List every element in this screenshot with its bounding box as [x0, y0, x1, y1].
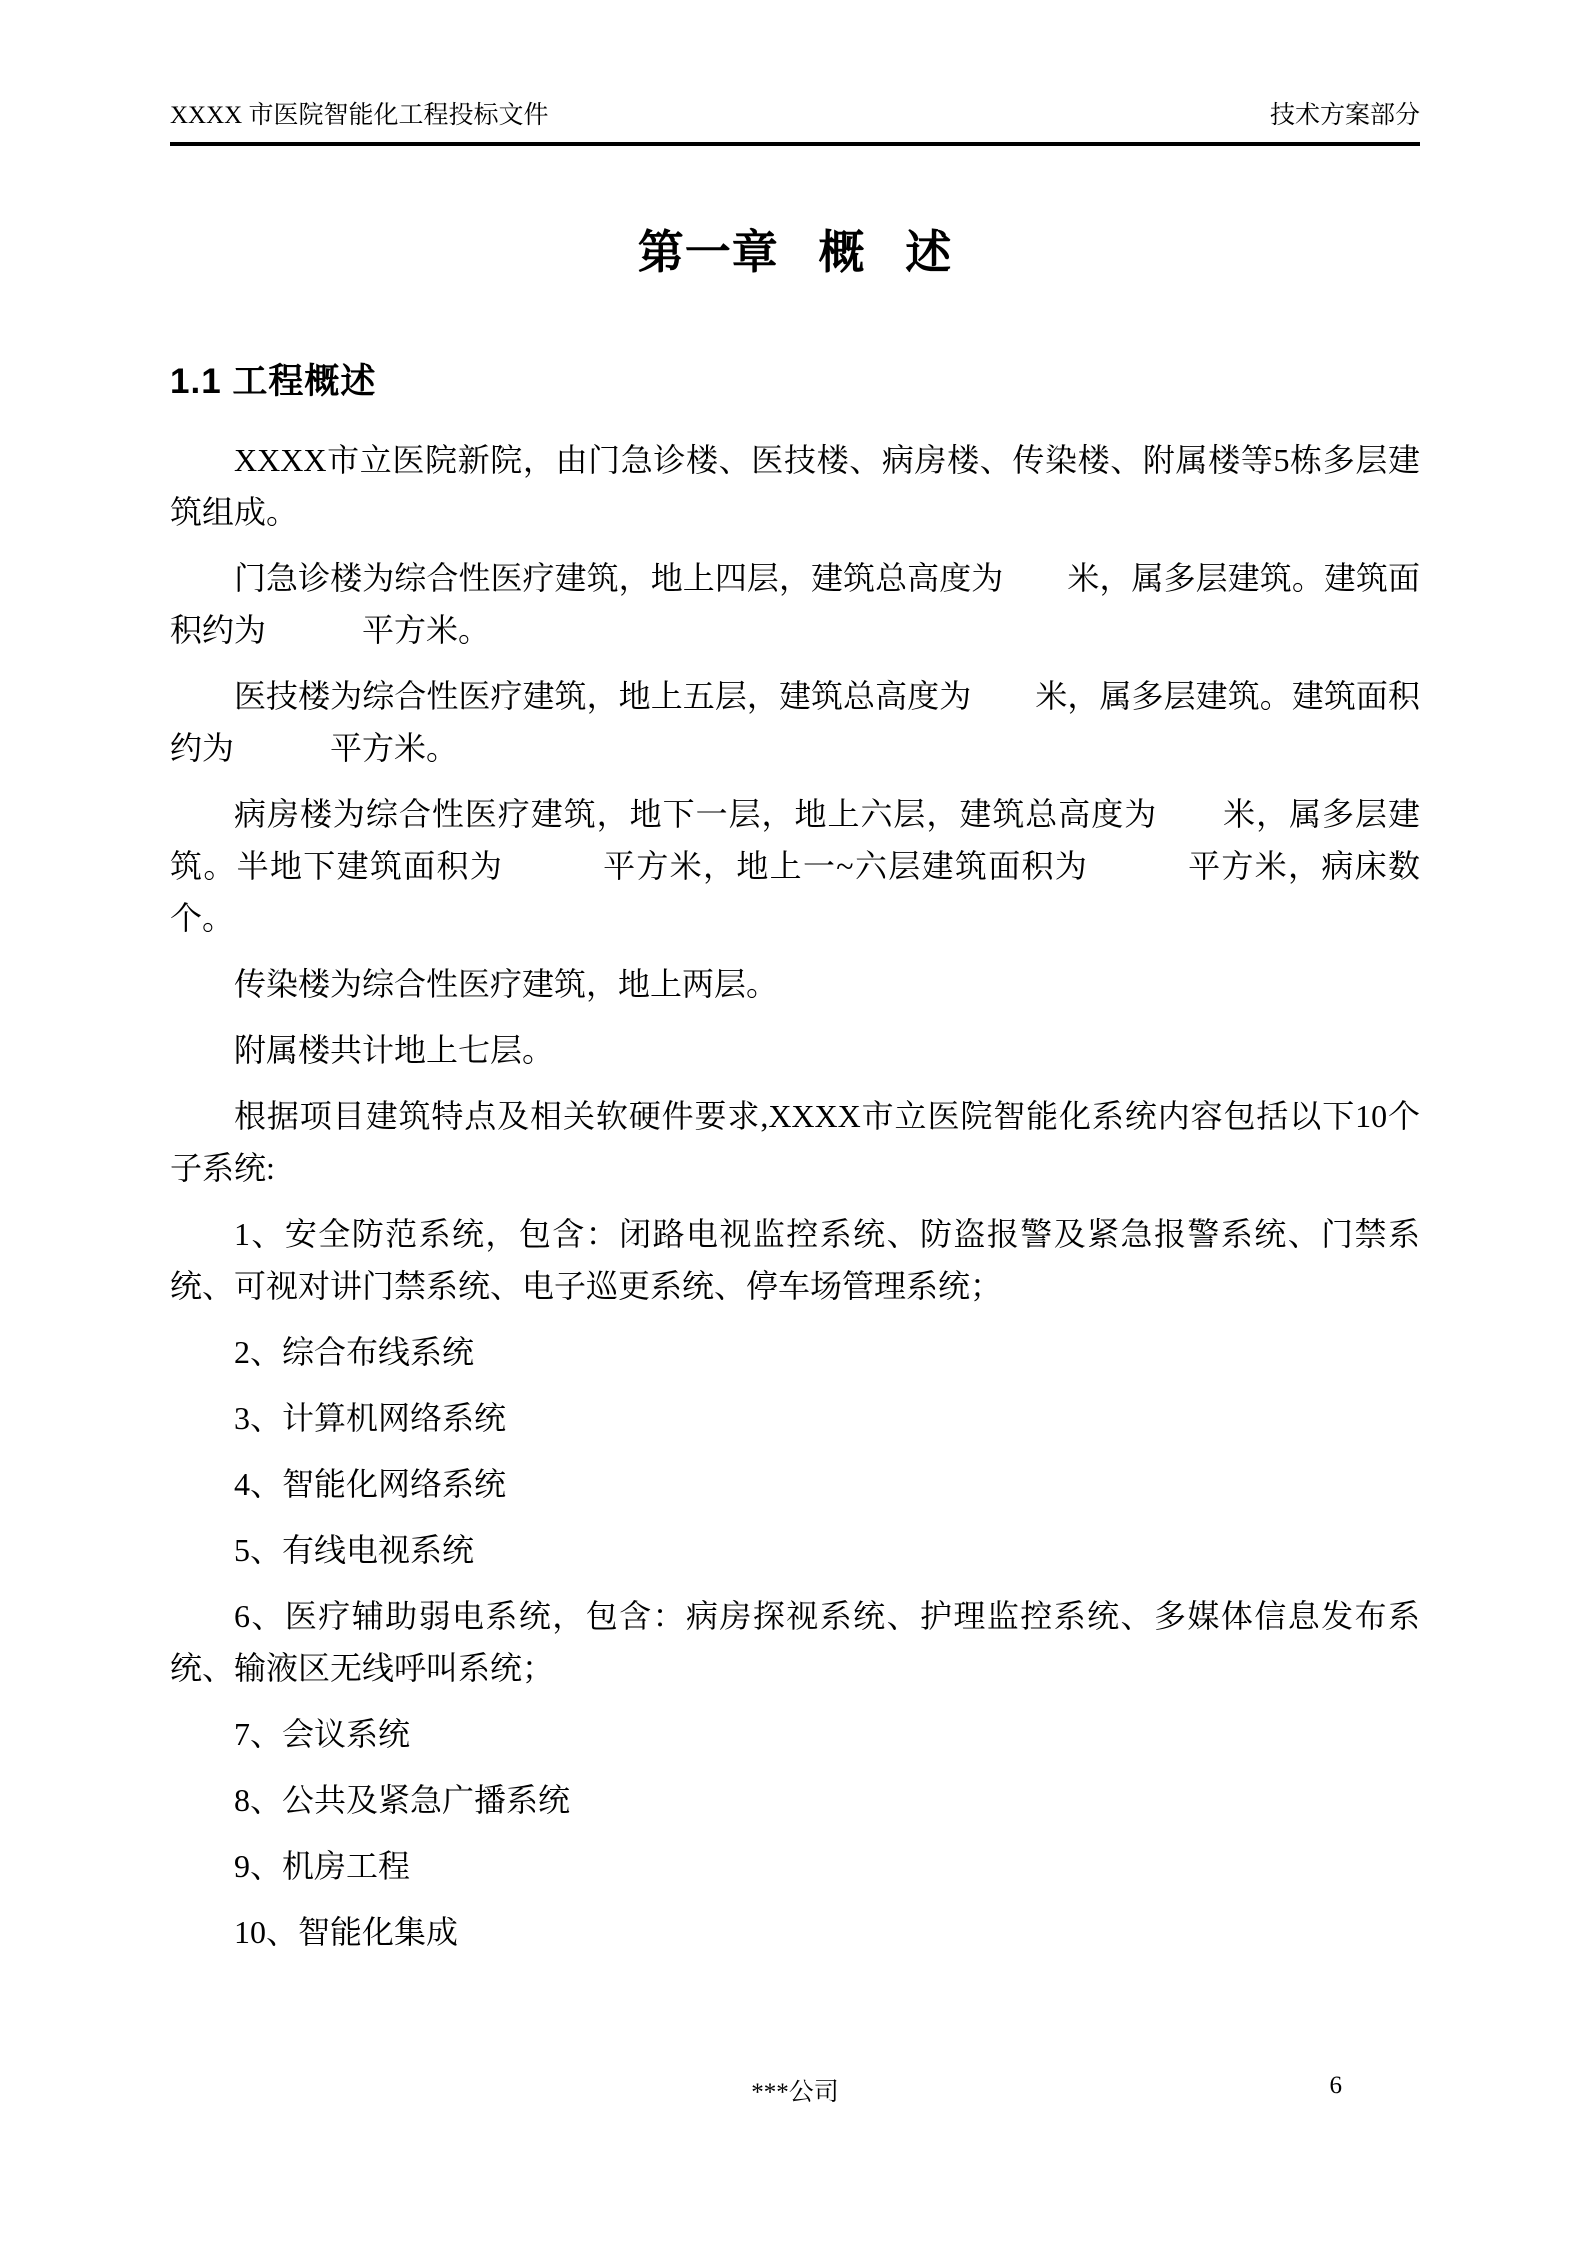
paragraph-medical-tech-building: 医技楼为综合性医疗建筑，地上五层，建筑总高度为 米，属多层建筑。建筑面积约为 平…	[170, 670, 1420, 774]
paragraph-project-overview: XXXX市立医院新院，由门急诊楼、医技楼、病房楼、传染楼、附属楼等5栋多层建筑组…	[170, 434, 1420, 538]
paragraph-annex-building: 附属楼共计地上七层。	[170, 1024, 1420, 1076]
list-item-computer-network-system: 3、计算机网络系统	[170, 1392, 1420, 1444]
paragraph-subsystem-intro: 根据项目建筑特点及相关软硬件要求,XXXX市立医院智能化系统内容包括以下10个子…	[170, 1090, 1420, 1194]
page-footer: ***公司 6	[170, 2072, 1420, 2108]
list-item-intelligent-network-system: 4、智能化网络系统	[170, 1458, 1420, 1510]
footer-company: ***公司	[751, 2079, 839, 2106]
list-item-cabling-system: 2、综合布线系统	[170, 1326, 1420, 1378]
paragraph-infection-building: 传染楼为综合性医疗建筑，地上两层。	[170, 958, 1420, 1010]
list-item-security-system: 1、安全防范系统，包含：闭路电视监控系统、防盗报警及紧急报警系统、门禁系统、可视…	[170, 1208, 1420, 1312]
page-number: 6	[1330, 2072, 1343, 2100]
document-body: XXXX市立医院新院，由门急诊楼、医技楼、病房楼、传染楼、附属楼等5栋多层建筑组…	[170, 434, 1420, 1958]
paragraph-outpatient-building: 门急诊楼为综合性医疗建筑，地上四层，建筑总高度为 米，属多层建筑。建筑面积约为 …	[170, 552, 1420, 656]
section-heading: 1.1 工程概述	[170, 354, 1420, 404]
list-item-public-broadcast-system: 8、公共及紧急广播系统	[170, 1774, 1420, 1826]
list-item-conference-system: 7、会议系统	[170, 1708, 1420, 1760]
list-item-machine-room-project: 9、机房工程	[170, 1840, 1420, 1892]
chapter-title: 第一章 概 述	[170, 216, 1420, 282]
page-header: XXXX 市医院智能化工程投标文件 技术方案部分	[170, 100, 1420, 146]
list-item-medical-auxiliary-system: 6、医疗辅助弱电系统，包含：病房探视系统、护理监控系统、多媒体信息发布系统、输液…	[170, 1590, 1420, 1694]
list-item-intelligent-integration: 10、智能化集成	[170, 1906, 1420, 1958]
list-item-catv-system: 5、有线电视系统	[170, 1524, 1420, 1576]
paragraph-ward-building: 病房楼为综合性医疗建筑，地下一层，地上六层，建筑总高度为 米，属多层建筑。半地下…	[170, 788, 1420, 944]
header-right-title: 技术方案部分	[1270, 100, 1420, 133]
document-page: XXXX 市医院智能化工程投标文件 技术方案部分 第一章 概 述 1.1 工程概…	[0, 0, 1587, 2245]
header-left-title: XXXX 市医院智能化工程投标文件	[170, 100, 548, 133]
